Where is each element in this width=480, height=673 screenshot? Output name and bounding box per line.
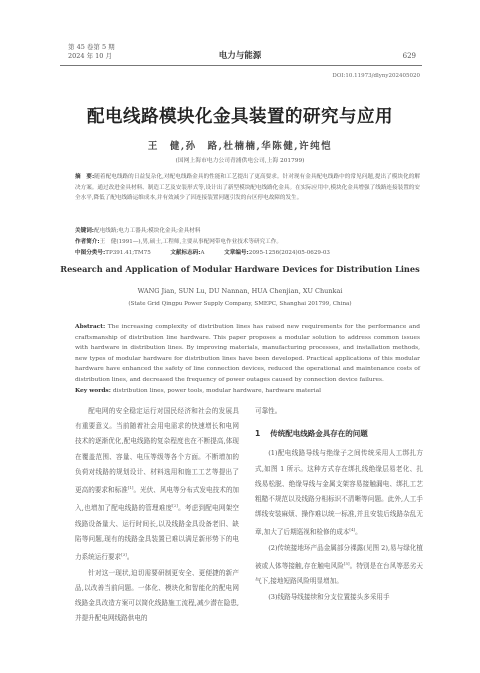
paragraph: (3)线路导线接续和分支位置接头多采用手 xyxy=(255,590,423,605)
abstract-zh-text: 随着配电线路的日益复杂化,对配电线路金具的性能和工艺提出了更高要求。针对现有金具… xyxy=(75,174,420,201)
clc-label: 中图分类号: xyxy=(75,250,105,256)
abstract-zh-label: 摘 要: xyxy=(75,174,94,180)
affiliation-zh: (国网上海市电力公司青浦供电公司,上海 201799) xyxy=(0,155,480,164)
doc-code-value: A xyxy=(201,250,205,256)
body-left-column: 配电网的安全稳定运行对国民经济和社会的发展具有重要意义。当前随着社会用电需求的快… xyxy=(75,404,239,626)
paragraph: 针对这一现状,迫切需要研制更安全、更便捷的新产品,以改善当前问题。一体化、模块化… xyxy=(75,566,239,627)
paragraph: (1)配电线路导线与绝缘子之间传统采用人工绑扎方式,如图 1 所示。这种方式存在… xyxy=(255,446,423,540)
paragraph: 配电网的安全稳定运行对国民经济和社会的发展具有重要意义。当前随着社会用电需求的快… xyxy=(75,404,239,566)
section-title: 传统配电线路金具存在的问题 xyxy=(270,429,368,438)
classification-line: 中图分类号:TP391.41;TM75 文献标志码:A 文章编号:2095-12… xyxy=(75,248,420,259)
affiliation-en: (State Grid Qingpu Power Supply Company,… xyxy=(0,301,480,307)
body-right-column: 可靠性。 1传统配电线路金具存在的问题 (1)配电线路导线与绝缘子之间传统采用人… xyxy=(255,404,423,605)
paper-title-zh: 配电线路模块化金具装置的研究与应用 xyxy=(0,103,480,128)
author-bio-text: 王 健(1991—),男,硕士,工程师,主要从事配网带电作业技术等研究工作。 xyxy=(100,239,282,245)
doi: DOI:10.11973/dlyny202405020 xyxy=(332,73,420,79)
abstract-en-label: Abstract: xyxy=(75,323,105,330)
keywords-zh-text: 配电线路;电力工器具;模块化金具;金具材料 xyxy=(94,228,200,234)
article-no-value: 2095-1256(2024)05-0629-03 xyxy=(249,250,330,256)
keywords-en-text: distribution lines, power tools, modular… xyxy=(113,388,321,394)
authors-en: WANG Jian, SUN Lu, DU Nannan, HUA Chenji… xyxy=(0,287,480,295)
keywords-zh-label: 关键词: xyxy=(75,228,94,234)
author-bio-label: 作者简介: xyxy=(75,239,100,245)
abstract-en-text: The increasing complexity of distributio… xyxy=(75,324,420,383)
clc-value: TP391.41;TM75 xyxy=(105,250,151,256)
authors-zh: 王 健,孙 路,杜楠楠,华陈健,许纯恺 xyxy=(0,138,480,152)
paragraph-continuation: 可靠性。 xyxy=(255,404,423,419)
header-rule xyxy=(60,65,422,66)
page-number: 629 xyxy=(403,52,416,60)
keywords-en: Key words: distribution lines, power too… xyxy=(75,386,420,397)
keywords-en-label: Key words: xyxy=(75,387,111,394)
section-number: 1 xyxy=(255,429,260,438)
section-heading: 1传统配电线路金具存在的问题 xyxy=(255,426,423,441)
abstract-en: Abstract: The increasing complexity of d… xyxy=(75,322,420,396)
doc-code-label: 文献标志码: xyxy=(170,250,200,256)
paragraph: (2)传统接地环产品金属部分裸露(见图 2),易与绿化植被或人体等接触,存在触电… xyxy=(255,541,423,590)
article-no-label: 文章编号: xyxy=(224,250,249,256)
author-bio: 作者简介:王 健(1991—),男,硕士,工程师,主要从事配网带电作业技术等研究… xyxy=(75,237,420,248)
abstract-zh: 摘 要:随着配电线路的日益复杂化,对配电线路金具的性能和工艺提出了更高要求。针对… xyxy=(75,172,420,204)
paper-title-en: Research and Application of Modular Hard… xyxy=(0,264,480,274)
keywords-zh: 关键词:配电线路;电力工器具;模块化金具;金具材料 xyxy=(75,226,420,237)
